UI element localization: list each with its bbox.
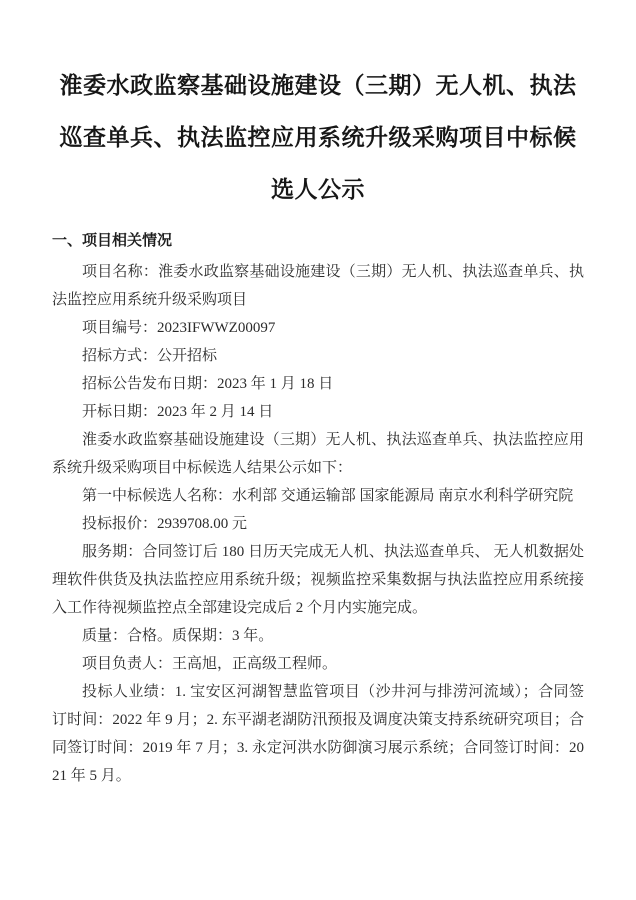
paragraph-project-name: 项目名称：淮委水政监察基础设施建设（三期）无人机、执法巡查单兵、执法监控应用系统… xyxy=(52,258,584,314)
paragraph-project-manager: 项目负责人：王高旭，正高级工程师。 xyxy=(52,650,584,678)
paragraph-bid-price: 投标报价：2939708.00 元 xyxy=(52,510,584,538)
paragraph-service-period: 服务期：合同签订后 180 日历天完成无人机、执法巡查单兵、 无人机数据处理软件… xyxy=(52,538,584,622)
paragraph-result-intro: 淮委水政监察基础设施建设（三期）无人机、执法巡查单兵、执法监控应用系统升级采购项… xyxy=(52,426,584,482)
paragraph-first-candidate: 第一中标候选人名称：水利部 交通运输部 国家能源局 南京水利科学研究院 xyxy=(52,482,584,510)
section-heading-project-info: 一、项目相关情况 xyxy=(52,228,584,254)
paragraph-bid-opening-date: 开标日期：2023 年 2 月 14 日 xyxy=(52,398,584,426)
paragraph-announcement-date: 招标公告发布日期：2023 年 1 月 18 日 xyxy=(52,370,584,398)
paragraph-bidding-method: 招标方式：公开招标 xyxy=(52,342,584,370)
document-title: 淮委水政监察基础设施建设（三期）无人机、执法巡查单兵、执法监控应用系统升级采购项… xyxy=(52,60,584,216)
document-page: 淮委水政监察基础设施建设（三期）无人机、执法巡查单兵、执法监控应用系统升级采购项… xyxy=(0,0,636,900)
paragraph-quality-warranty: 质量：合格。质保期：3 年。 xyxy=(52,622,584,650)
paragraph-bidder-performance: 投标人业绩：1. 宝安区河湖智慧监管项目（沙井河与排涝河流域）；合同签订时间：2… xyxy=(52,678,584,790)
paragraph-project-number: 项目编号：2023IFWWZ00097 xyxy=(52,314,584,342)
